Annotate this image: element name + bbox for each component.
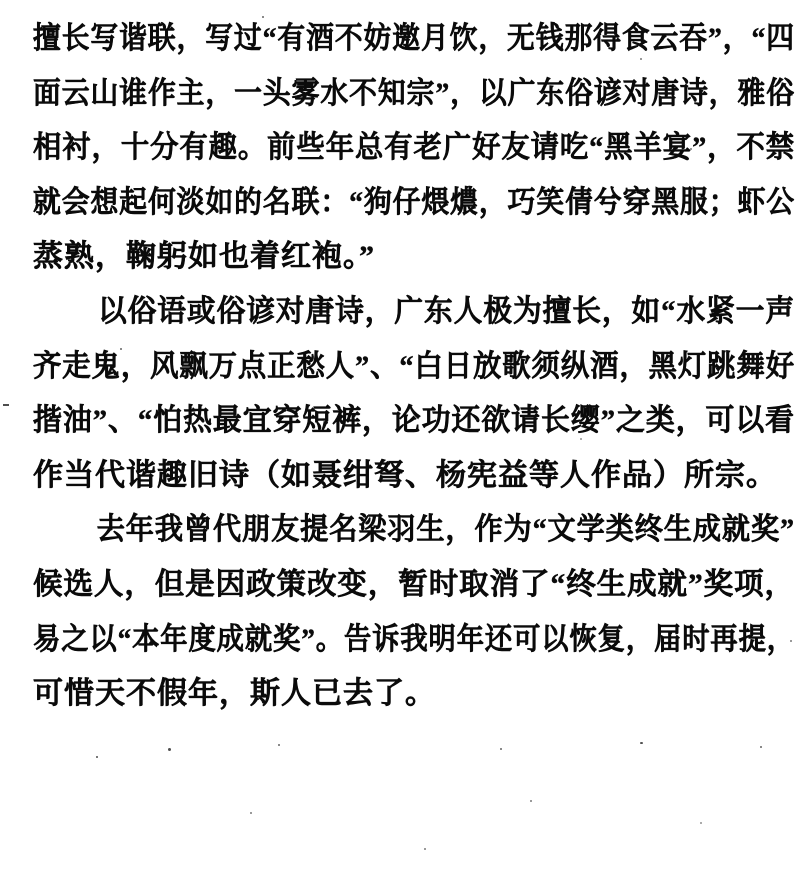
text-line: 可惜天不假年，斯人已去了。 <box>33 667 795 722</box>
text-line: 相衬，十分有趣。前些年总有老广好友请吃“黑羊宴”，不禁 <box>33 121 753 176</box>
text-line: 揩油”、“怕热最宜穿短裤，论功还欲请长缨”之类，可以看 <box>33 394 766 449</box>
speckle <box>3 404 9 406</box>
speckle <box>790 640 792 642</box>
speckle <box>700 822 702 824</box>
speckle <box>640 742 643 744</box>
speckle <box>278 744 280 746</box>
speckle <box>168 748 171 751</box>
speckle <box>690 148 692 150</box>
speckle <box>120 348 122 350</box>
text-line: 作当代谐趣旧诗（如聂绀弩、杨宪益等人作品）所宗。 <box>33 449 795 504</box>
text-line: 去年我曾代朋友提名梁羽生，作为“文学类终生成就奖” <box>33 503 747 558</box>
speckle <box>640 58 642 60</box>
speckle <box>530 800 532 802</box>
speckle <box>555 133 557 135</box>
text-line: 蒸熟，鞠躬如也着红袍。” <box>33 230 795 285</box>
text-block: 擅长写谐联，写过“有酒不妨邀月饮，无钱那得食云吞”，“四 面云山谁作主，一头雾水… <box>33 12 795 722</box>
speckle <box>424 848 426 850</box>
text-line: 擅长写谐联，写过“有酒不妨邀月饮，无钱那得食云吞”，“四 <box>33 12 739 67</box>
speckle <box>420 300 422 302</box>
speckle <box>96 756 98 758</box>
speckle <box>250 812 252 814</box>
text-line: 齐走鬼，风飘万点正愁人”、“白日放歌须纵酒，黑灯跳舞好 <box>33 340 753 395</box>
text-line: 就会想起何淡如的名联：“狗仔煨燶，巧笑倩兮穿黑服；虾公 <box>33 176 739 231</box>
text-line: 以俗语或俗谚对唐诗，广东人极为擅长，如“水紧一声 <box>33 285 762 340</box>
speckle <box>580 438 582 440</box>
scanned-page: 擅长写谐联，写过“有酒不妨邀月饮，无钱那得食云吞”，“四 面云山谁作主，一头雾水… <box>0 0 811 882</box>
speckle <box>500 748 502 750</box>
speckle <box>760 746 762 748</box>
speckle <box>262 16 264 18</box>
text-line: 候选人，但是因政策改变，暂时取消了“终生成就”奖项， <box>33 558 781 613</box>
text-line: 易之以“本年度成就奖”。告诉我明年还可以恢复，届时再提， <box>33 613 726 668</box>
text-line: 面云山谁作主，一头雾水不知宗”，以广东俗谚对唐诗，雅俗 <box>33 67 739 122</box>
